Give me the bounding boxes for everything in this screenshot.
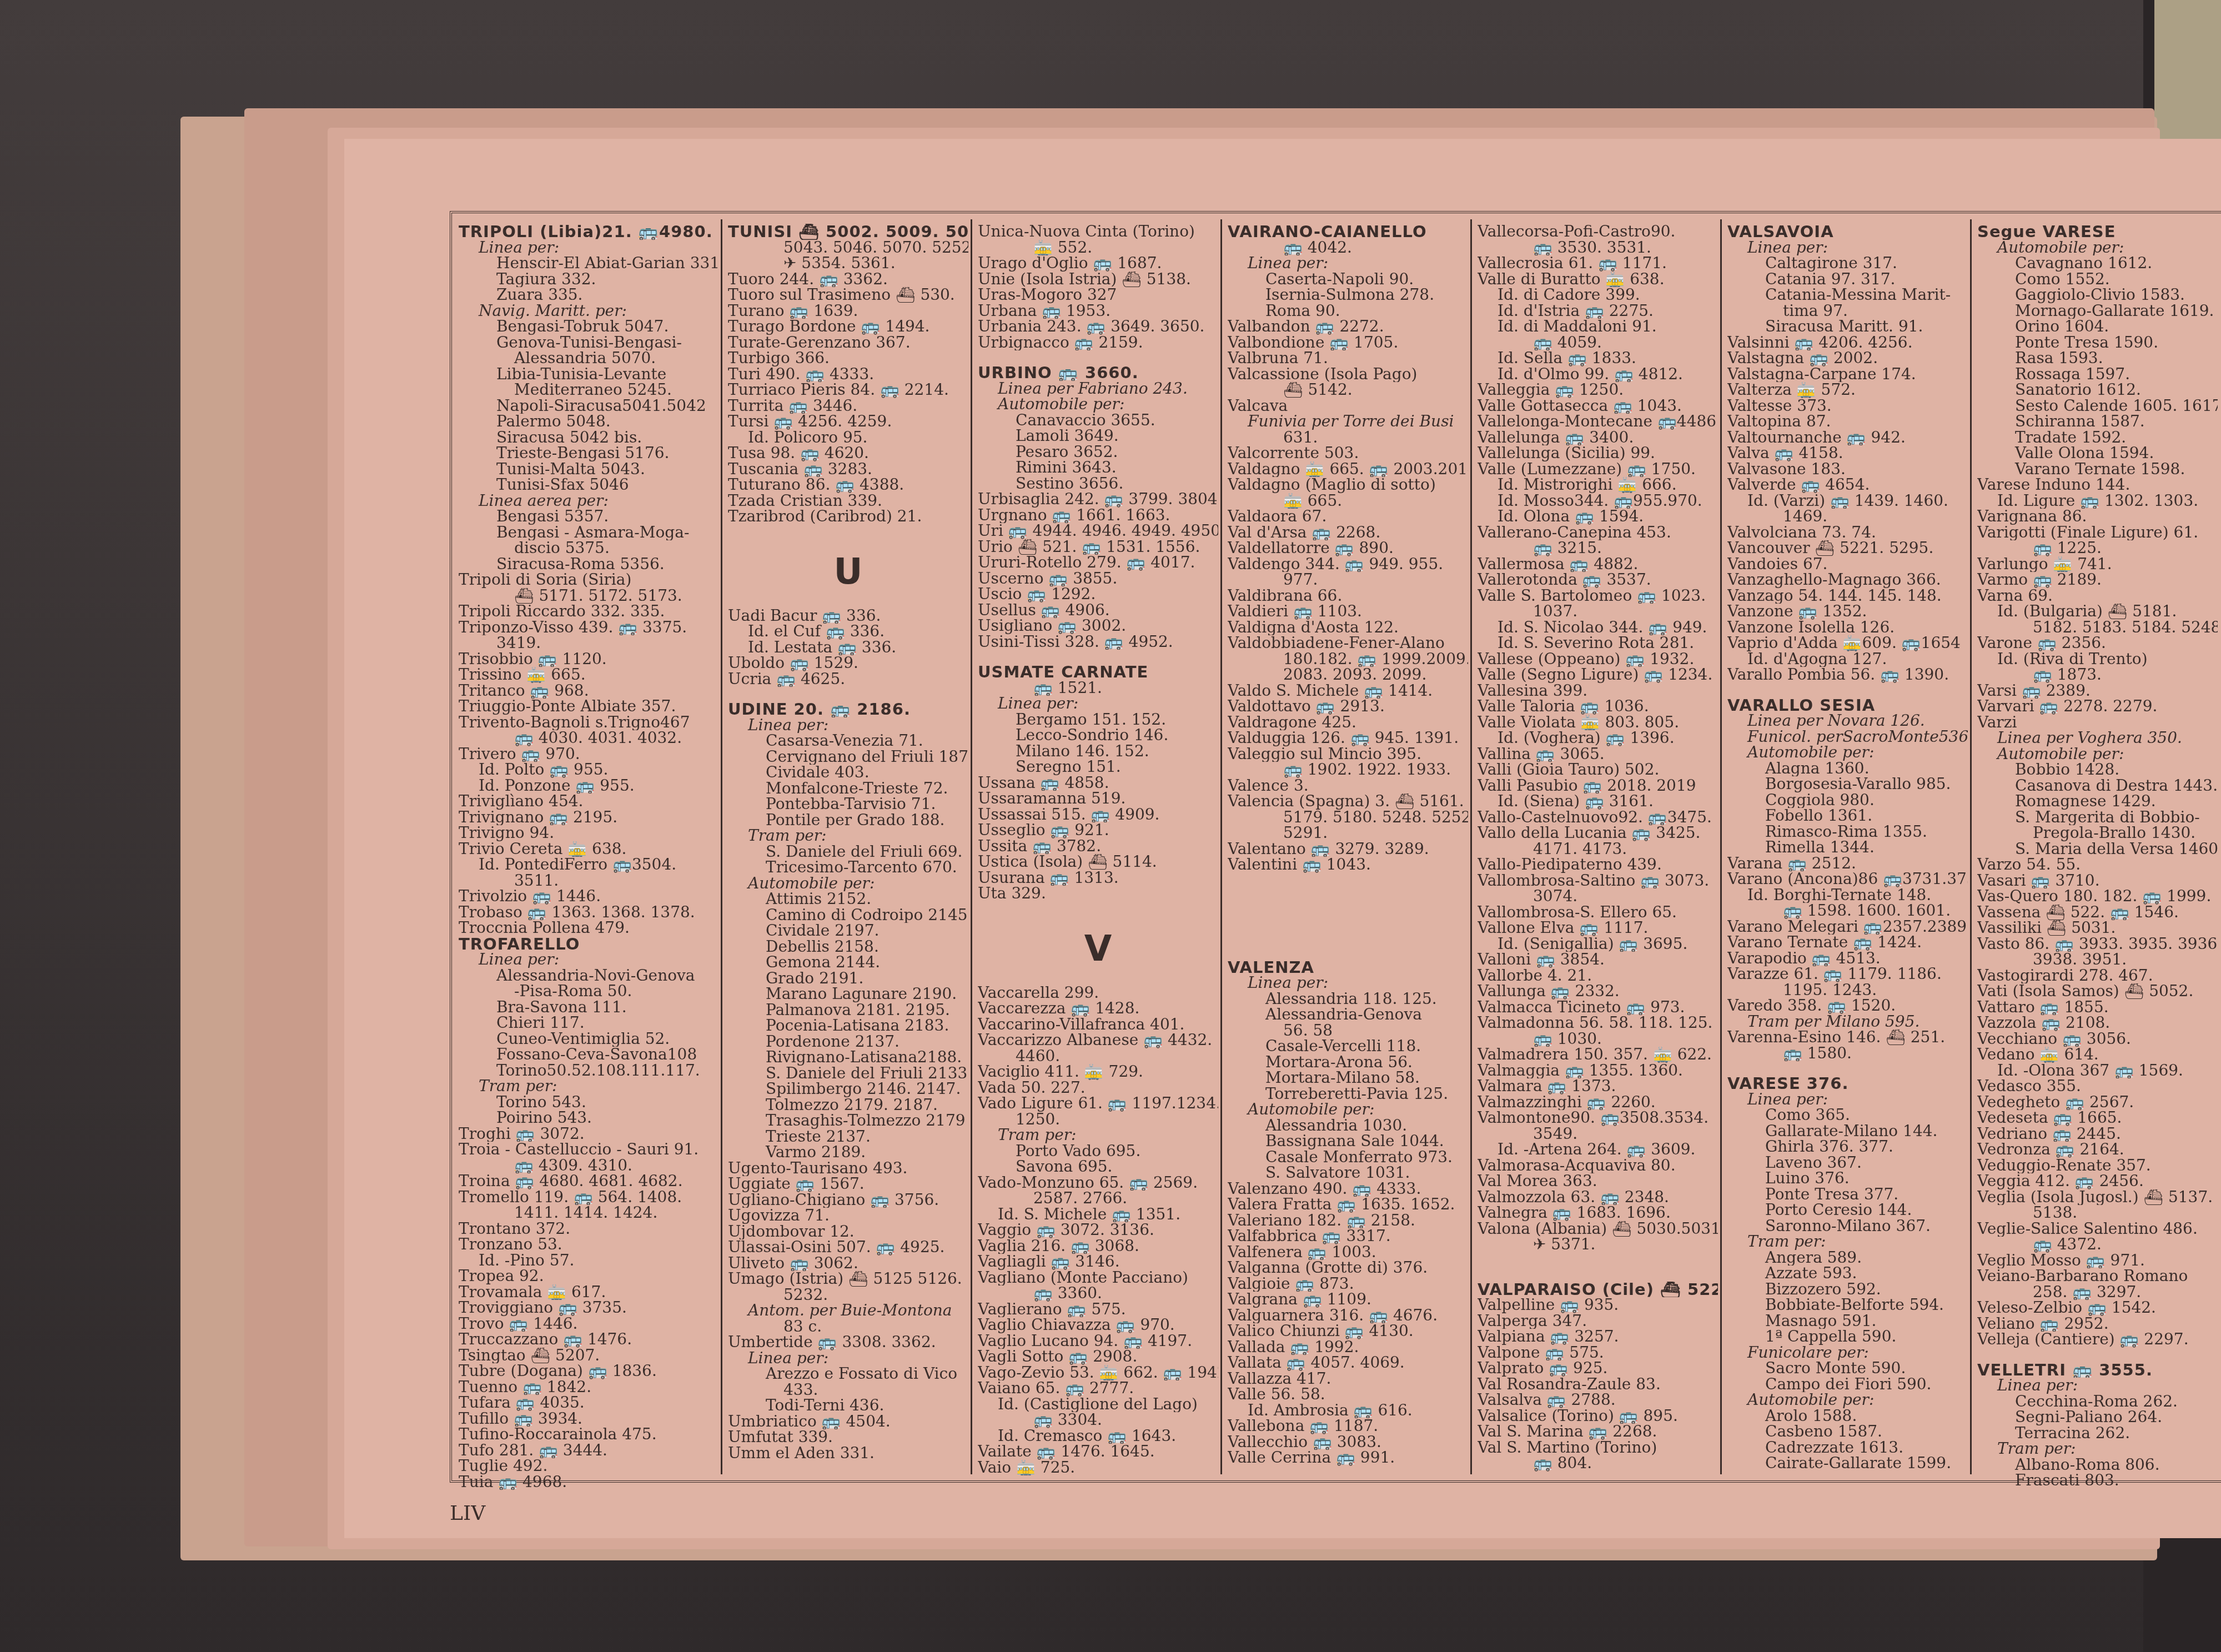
index-entry: Vedronza 🚌 2164. (1977, 1142, 2218, 1158)
index-entry: Usini-Tissi 328. 🚌 4952. (978, 634, 1218, 650)
continuation-line: 🚌 4042. (1228, 240, 1468, 256)
index-entry: Ugovizza 71. (728, 1208, 968, 1224)
transport-subheading: Linea per: (459, 952, 719, 968)
index-entry: Valdagno 🚋 665. 🚌 2003.2014 (1228, 461, 1468, 478)
continuation-line: 1037. (1478, 604, 1718, 620)
index-entry: Valstagna 🚌 2002. (1727, 350, 1968, 366)
transport-subheading: Automobile per: (1727, 745, 1968, 761)
index-entry: Tusa 98. 🚌 4620. (728, 445, 968, 461)
index-entry: Vallermosa 🚌 4882. (1478, 556, 1718, 573)
destination-entry: Genova-Tunisi-Bengasi- (459, 335, 719, 351)
continuation-line: 977. (1228, 572, 1468, 588)
index-entry: Tripoli Riccardo 332. 335. (459, 604, 719, 620)
index-entry: Varigotti (Finale Ligure) 61. (1977, 525, 2218, 541)
destination-entry: Arolo 1588. (1727, 1408, 1968, 1424)
destination-entry: Marano Lagunare 2190. (728, 986, 968, 1002)
sub-entry: Id. PontediFerro 🚌3504. (459, 857, 719, 873)
index-entry: Uta 329. (978, 886, 1218, 902)
destination-entry: Borgosesia-Varallo 985. (1727, 776, 1968, 792)
index-entry: Trivio Cereta 🚋 638. (459, 841, 719, 857)
index-entry: Valmacca Ticineto 🚌 973. (1478, 1000, 1718, 1016)
index-entry: Varna 69. (1977, 588, 2218, 604)
index-entry: Urbania 243. 🚌 3649. 3650. (978, 319, 1218, 335)
index-entry: Varvari 🚌 2278. 2279. (1977, 699, 2218, 715)
index-entry: Troviggiano 🚌 3735. (459, 1300, 719, 1316)
continuation-line: 3938. 3951. (1977, 952, 2218, 968)
destination-entry: Palermo 5048. (459, 414, 719, 430)
index-entry: Valnegra 🚌 1683. 1696. (1478, 1205, 1718, 1221)
index-entry: Valdigna d'Aosta 122. (1228, 620, 1468, 636)
index-entry: Valva 🚌 4158. (1727, 445, 1968, 461)
index-entry: Vaglio Chiavazza 🚌 970. (978, 1317, 1218, 1333)
destination-entry: 1250. (978, 1112, 1218, 1128)
index-entry: Turrita 🚌 3446. (728, 398, 968, 414)
spacer (1228, 916, 1468, 931)
column-4: VAIRANO-CAIANELLO🚌 4042.Linea per:Casert… (1220, 219, 1471, 1474)
index-entry: Turbigo 366. (728, 350, 968, 366)
destination-entry: Palmanova 2181. 2195. (728, 1002, 968, 1018)
sub-entry: Id. Mistrorighi 🚋 666. (1478, 477, 1718, 493)
index-entry: Tromello 119. 🚌 564. 1408. (459, 1189, 719, 1206)
index-entry: Varana 🚌 2512. (1727, 856, 1968, 872)
destination-entry: Rivignano-Latisana2188. (728, 1050, 968, 1066)
destination-entry: Cairate-Gallarate 1599. (1727, 1455, 1968, 1472)
transport-subheading: Tram per: (1727, 1234, 1968, 1250)
destination-entry: Caserta-Napoli 90. (1228, 272, 1468, 288)
destination-entry: Cervignano del Friuli 187. (728, 749, 968, 765)
continuation-line: 433. (728, 1382, 968, 1398)
destination-entry: Catania-Messina Marit- (1727, 287, 1968, 303)
destination-entry: Libia-Tunisia-Levante (459, 366, 719, 383)
index-entry: Vassena ⛴ 522. 🚌 1546. (1977, 905, 2218, 921)
destination-entry: Bergamo 151. 152. (978, 712, 1218, 728)
index-entry: Tuglie 492. (459, 1458, 719, 1474)
index-entry: Vaglio Lucano 94. 🚌 4197. (978, 1333, 1218, 1349)
destination-entry: Tolmezzo 2179. 2187. (728, 1097, 968, 1113)
index-entry: Veiano-Barbarano Romano (1977, 1268, 2218, 1284)
index-entry: Valloni 🚌 3854. (1478, 952, 1718, 968)
index-entry: Usurana 🚌 1313. (978, 870, 1218, 886)
page-number: LIV (450, 1502, 485, 1525)
index-entry: Vedeseta 🚌 1665. (1977, 1110, 2218, 1126)
destination-entry: Spilimbergo 2146. 2147. (728, 1081, 968, 1097)
index-entry: Turriaco Pieris 84. 🚌 2214. (728, 382, 968, 398)
destination-entry: Cecchina-Roma 262. (1977, 1394, 2218, 1410)
transport-subheading: Automobile per: (1977, 240, 2218, 256)
destination-entry: Angera 589. (1727, 1250, 1968, 1266)
index-entry: Valle Taloria 🚌 1036. (1478, 699, 1718, 715)
index-entry: Truccazzano 🚌 1476. (459, 1332, 719, 1348)
destination-entry: Tunisi-Sfax 5046 (459, 477, 719, 493)
sub-entry: Id. (Senigallia) 🚌 3695. (1478, 936, 1718, 952)
index-entry: Vaiano 65. 🚌 2777. (978, 1380, 1218, 1397)
section-heading: VELLETRI 🚌 3555. (1977, 1362, 2218, 1378)
index-entry: Tuoro sul Trasimeno ⛴ 530. (728, 287, 968, 303)
index-entry: Valpelline 🚌 935. (1478, 1297, 1718, 1313)
destination-entry: S. Daniele del Friuli 2133. (728, 1066, 968, 1082)
destination-entry: Cividale 2197. (728, 923, 968, 939)
index-entry: Valsalice (Torino) 🚌 895. (1478, 1408, 1718, 1424)
index-entry: Valentini 🚌 1043. (1228, 857, 1468, 873)
index-entry: Vallerotonda 🚌 3537. (1478, 572, 1718, 588)
sub-entry: Id. -Olona 367 🚌 1569. (1977, 1063, 2218, 1079)
index-entry: Ussassai 515. 🚌 4909. (978, 807, 1218, 823)
destination-entry: Rasa 1593. (1977, 350, 2218, 366)
index-entry: Valganna (Grotte di) 376. (1228, 1260, 1468, 1276)
index-entry: Troina 🚌 4680. 4681. 4682. (459, 1173, 719, 1189)
transport-subheading: Funivia per Torre dei Busi (1228, 414, 1468, 430)
continuation-line: 🚌 3530. 3531. (1478, 240, 1718, 256)
continuation-line: 2587. 2766. (978, 1191, 1218, 1207)
index-entry: Tsingtao ⛴ 5207. (459, 1348, 719, 1364)
index-entry: Vallecrosia 61. 🚌 1171. (1478, 255, 1718, 272)
destination-entry: Bobbio 1428. (1977, 762, 2218, 778)
index-entry: Unie (Isola Istria) ⛴ 5138. (978, 272, 1218, 288)
index-entry: Vallombrosa-S. Ellero 65. (1478, 905, 1718, 921)
sub-entry: Id. (Varzi) 🚌 1439. 1460. (1727, 493, 1968, 509)
continuation-line: 🚋 665. (1228, 493, 1468, 509)
index-entry: Vado Ligure 61. 🚌 1197.1234. (978, 1096, 1218, 1112)
index-entry: Vallorbe 4. 21. (1478, 968, 1718, 984)
index-entry: Veleso-Zelbio 🚌 1542. (1977, 1300, 2218, 1316)
destination-entry: Gaggiolo-Clivio 1583. (1977, 287, 2218, 303)
destination-entry: Albano-Roma 806. (1977, 1457, 2218, 1473)
index-entry: Valdragone 425. (1228, 715, 1468, 731)
destination-entry: Luino 376. (1727, 1171, 1968, 1187)
index-entry: Ussana 🚌 4858. (978, 775, 1218, 791)
index-entry: Vailate 🚌 1476. 1645. (978, 1444, 1218, 1460)
index-entry: Valdo S. Michele 🚌 1414. (1228, 683, 1468, 699)
index-entry: Val Morea 363. (1478, 1173, 1718, 1189)
index-entry: Valduggia 126. 🚌 945. 1391. (1228, 730, 1468, 746)
destination-entry: Milano 146. 152. (978, 744, 1218, 760)
index-entry: Vas-Quero 180. 182. 🚌 1999. (1977, 888, 2218, 905)
index-entry: Turi 490. 🚌 4333. (728, 366, 968, 383)
transport-subheading: Funicolare per: (1727, 1345, 1968, 1361)
spacer (978, 350, 1218, 365)
destination-entry: Tunisi-Malta 5043. (459, 461, 719, 478)
index-entry: Valfenera 🚌 1003. (1228, 1244, 1468, 1261)
index-entry: Vallada 🚌 1992. (1228, 1339, 1468, 1355)
transport-subheading: Tram per: (978, 1127, 1218, 1143)
index-entry: Vallone Elva 🚌 1117. (1478, 920, 1718, 936)
destination-entry: Tricesimo-Tarcento 670. (728, 860, 968, 876)
index-entry: Vallina 🚌 3065. (1478, 746, 1718, 762)
destination-entry: Porto Ceresio 144. (1727, 1202, 1968, 1218)
continuation-line: 🚌 1521. (978, 680, 1218, 696)
sub-entry: Id. S. Severino Rota 281. (1478, 635, 1718, 651)
index-entry: Vancouver ⛴ 5221. 5295. (1727, 540, 1968, 556)
index-entry: Vaio 🚋 725. (978, 1460, 1218, 1476)
index-entry: Varmo 🚌 2189. (1977, 572, 2218, 588)
destination-entry: Pontebba-Tarvisio 71. (728, 796, 968, 812)
index-entry: Tuoro 244. 🚌 3362. (728, 272, 968, 288)
destination-entry: Gemona 2144. (728, 955, 968, 971)
index-entry: Trivigno 94. (459, 825, 719, 841)
index-entry: Valtopina 87. (1727, 414, 1968, 430)
continuation-line: 3074. (1478, 888, 1718, 905)
index-entry: Ulassai-Osini 507. 🚌 4925. (728, 1239, 968, 1256)
index-entry: Valona (Albania) ⛴ 5030.5031. (1478, 1221, 1718, 1237)
destination-entry: Tradate 1592. (1977, 430, 2218, 446)
destination-entry: Alessandria 118. 125. (1228, 991, 1468, 1007)
destination-entry: Cavagnano 1612. (1977, 255, 2218, 272)
index-entry: Varazze 61. 🚌 1179. 1186. (1727, 966, 1968, 982)
index-entry: Vallesina 399. (1478, 683, 1718, 699)
index-entry: Varano (Ancona)86 🚌3731.3734 (1727, 871, 1968, 887)
sub-entry: Id. Lestata 🚌 336. (728, 640, 968, 656)
destination-entry: Segni-Paliano 264. (1977, 1409, 2218, 1425)
index-entry: Vaggio 🚌 3072. 3136. (978, 1222, 1218, 1238)
index-entry: Valdengo 344. 🚌 949. 955. (1228, 556, 1468, 573)
sub-entry: Id. Mosso344. 🚌955.970. (1478, 493, 1718, 509)
section-heading: VARESE 376. (1727, 1076, 1968, 1092)
destination-entry: Chieri 117. (459, 1015, 719, 1031)
index-entry: Turano 🚌 1639. (728, 303, 968, 319)
column-3: Unica-Nuova Cinta (Torino)🚋 552.Urago d'… (971, 219, 1222, 1474)
sub-entry: Id. d'Olmo 99. 🚌 4812. (1478, 366, 1718, 383)
continuation-line: ✈ 5354. 5361. (728, 255, 968, 272)
transport-subheading: Linea per Fabriano 243. (978, 381, 1218, 397)
continuation-line: 1469. (1727, 509, 1968, 525)
index-entry: Unica-Nuova Cinta (Torino) (978, 224, 1218, 240)
section-heading: TROFARELLO (459, 936, 719, 952)
destination-entry: Azzate 593. (1727, 1266, 1968, 1282)
transport-subheading: Tram per: (459, 1078, 719, 1094)
index-entry: Vanzone Isolella 126. (1727, 620, 1968, 636)
index-entry: Vassiliki ⛴ 5031. (1977, 920, 2218, 936)
index-entry: Ussita 🚌 3782. (978, 838, 1218, 855)
index-entry: Tubre (Dogana) 🚌 1836. (459, 1363, 719, 1379)
index-entry: Ustica (Isola) ⛴ 5114. (978, 854, 1218, 870)
continuation-line: 56. 58 (1228, 1023, 1468, 1039)
index-entry: Uadi Bacur 🚌 336. (728, 608, 968, 624)
destination-entry: Como 365. (1727, 1107, 1968, 1123)
destination-entry: Pesaro 3652. (978, 444, 1218, 460)
destination-entry: Monfalcone-Trieste 72. (728, 781, 968, 797)
destination-entry: Trieste 2137. (728, 1129, 968, 1145)
sub-entry: Id. S. Nicolao 344. 🚌 949. (1478, 620, 1718, 636)
spacer (978, 650, 1218, 664)
index-entry: Veggia 412. 🚌 2456. (1977, 1173, 2218, 1189)
destination-entry: Rimella 1344. (1727, 840, 1968, 856)
index-entry: Veglie-Salice Salentino 486. (1977, 1221, 2218, 1237)
continuation-line: 631. (1228, 430, 1468, 446)
destination-entry: Torino50.52.108.111.117. (459, 1063, 719, 1079)
transport-subheading: Funicol. perSacroMonte536 (1727, 729, 1968, 745)
index-entry: Ussaramanna 519. (978, 791, 1218, 807)
index-entry: Vagliano (Monte Pacciano) (978, 1270, 1218, 1286)
index-entry: Vaccarino-Villafranca 401. (978, 1017, 1218, 1033)
index-entry: Val Rosandra-Zaule 83. (1478, 1377, 1718, 1393)
destination-entry: Tagiura 332. (459, 272, 719, 288)
index-entry: Troghi 🚌 3072. (459, 1126, 719, 1142)
destination-entry: Bengasi - Asmara-Moga- (459, 525, 719, 541)
index-entry: Urbana 🚌 1953. (978, 303, 1218, 319)
index-entry: Vagliagli 🚌 3146. (978, 1254, 1218, 1270)
continuation-line: Alessandria 5070. (459, 350, 719, 366)
index-entry: Valencia (Spagna) 3. ⛴ 5161. (1228, 794, 1468, 810)
continuation-line: discio 5375. (459, 540, 719, 556)
index-entry: Tuia 🚌 4968. (459, 1474, 719, 1490)
index-entry: Vallata 🚌 4057. 4069. (1228, 1355, 1468, 1371)
index-entry: Ugento-Taurisano 493. (728, 1161, 968, 1177)
destination-entry: Seregno 151. (978, 759, 1218, 775)
index-entry: Veliano 🚌 2952. (1977, 1316, 2218, 1332)
index-entry: Valpone 🚌 575. (1478, 1345, 1718, 1361)
section-heading: UDINE 20. 🚌 2186. (728, 701, 968, 717)
index-entry: Valcassione (Isola Pago) (1228, 366, 1468, 383)
index-entry: Vallecchio 🚌 3083. (1228, 1434, 1468, 1450)
spacer (1228, 931, 1468, 945)
continuation-line: 83 c. (728, 1319, 968, 1335)
destination-entry: Frascati 803. (1977, 1473, 2218, 1489)
index-entry: Valverde 🚌 4654. (1727, 477, 1968, 493)
index-entry: Valle 56. 58. (1228, 1387, 1468, 1403)
index-entry: Valdottavo 🚌 2913. (1228, 699, 1468, 715)
destination-entry: Pocenia-Latisana 2183. (728, 1018, 968, 1034)
section-heading: TUNISI ⛴ 5002. 5009. 5010 (728, 224, 968, 240)
index-entry: Tuenno 🚌 1842. (459, 1379, 719, 1395)
column-1: TRIPOLI (Libia)21. 🚌4980.Linea per:Hensc… (453, 219, 722, 1474)
index-entry: Valmaggia 🚌 1355. 1360. (1478, 1063, 1718, 1079)
index-entry: Umbertide 🚌 3308. 3362. (728, 1334, 968, 1350)
destination-entry: Sanatorio 1612. (1977, 382, 2218, 398)
index-entry: Triuggio-Ponte Albiate 357. (459, 699, 719, 715)
index-entry: Vanzago 54. 144. 145. 148. (1727, 588, 1968, 604)
index-entry: Valence 3. (1228, 778, 1468, 794)
index-entry: Valli (Gioia Tauro) 502. (1478, 762, 1718, 778)
destination-entry: Alessandria-Genova (1228, 1007, 1468, 1023)
sub-entry: Id. (Siena) 🚌 3161. (1478, 794, 1718, 810)
continuation-line: 🚌 3304. (978, 1412, 1218, 1428)
index-entry: Valtesse 373. (1727, 398, 1968, 414)
destination-entry: Rimasco-Rima 1355. (1727, 824, 1968, 840)
index-entry: Umfutat 339. (728, 1429, 968, 1445)
destination-entry: Sacro Monte 590. (1727, 1360, 1968, 1377)
index-entry: Ucria 🚌 4625. (728, 671, 968, 687)
destination-entry: Casbeno 1587. (1727, 1424, 1968, 1440)
continuation-line: 🚌 1598. 1600. 1601. (1727, 903, 1968, 919)
continuation-line: Mediterraneo 5245. (459, 382, 719, 398)
index-entry: Urio ⛴ 521. 🚌 1531. 1556. (978, 539, 1218, 555)
transport-subheading: Linea per: (1228, 255, 1468, 272)
destination-entry: Sestino 3656. (978, 476, 1218, 492)
index-entry: Usigliano 🚌 3002. (978, 618, 1218, 634)
sub-entry: Id. Cremasco 🚌 1643. (978, 1428, 1218, 1444)
column-5: Vallecorsa-Pofi-Castro90.🚌 3530. 3531.Va… (1470, 219, 1721, 1474)
destination-entry: Zuara 335. (459, 287, 719, 303)
destination-entry: Cividale 403. (728, 765, 968, 781)
destination-entry: 1ª Cappella 590. (1727, 1329, 1968, 1345)
index-entry: Vasto 86. 🚌 3933. 3935. 3936. (1977, 936, 2218, 952)
destination-entry: Terracina 262. (1977, 1425, 2218, 1442)
index-entry: Urbisaglia 242. 🚌 3799. 3804. (978, 491, 1218, 508)
transport-subheading: Automobile per: (728, 876, 968, 892)
continuation-line: 5138. (1977, 1205, 2218, 1221)
continuation-line: 5182. 5183. 5184. 5248. (1977, 620, 2218, 636)
continuation-line: 3549. (1478, 1126, 1718, 1142)
index-entry: Vallelunga (Sicilia) 99. (1478, 445, 1718, 461)
index-entry: Vallunga 🚌 2332. (1478, 983, 1718, 1000)
index-entry: Varzi (1977, 715, 2218, 731)
spacer (1478, 1253, 1718, 1267)
sub-entry: Id. d'Agogna 127. (1727, 651, 1968, 667)
transport-subheading: Antom. per Buie-Montona (728, 1303, 968, 1319)
continuation-line: 5291. (1228, 825, 1468, 841)
destination-entry: Cuneo-Ventimiglia 52. (459, 1031, 719, 1047)
index-entry: Uggiate 🚌 1567. (728, 1176, 968, 1192)
index-entry: Valentano 🚌 3279. 3289. (1228, 841, 1468, 857)
destination-entry: Casale Monferrato 973. (1228, 1149, 1468, 1166)
destination-entry: Trasaghis-Tolmezzo 2179 (728, 1113, 968, 1129)
sub-entry: Id. (Riva di Trento) (1977, 651, 2218, 667)
destination-entry: Canavaccio 3655. (978, 413, 1218, 429)
transport-subheading: Automobile per: (978, 396, 1218, 413)
section-heading: VALPARAISO (Cile) ⛴ 5226. (1478, 1282, 1718, 1298)
continuation-line: ⛴ 5142. (1228, 382, 1468, 398)
index-entry: Tripoli di Soria (Siria) (459, 572, 719, 588)
index-entry: Valsinni 🚌 4206. 4256. (1727, 335, 1968, 351)
continuation-line: 🚌 1580. (1727, 1046, 1968, 1062)
destination-entry: Debellis 2158. (728, 939, 968, 955)
destination-entry: Varmo 2189. (728, 1144, 968, 1161)
index-entry: Valle S. Bartolomeo 🚌 1023. (1478, 588, 1718, 604)
index-entry: Vallombrosa-Saltino 🚌 3073. (1478, 873, 1718, 889)
destination-entry: Orino 1604. (1977, 319, 2218, 335)
index-entry: Valle Cerrina 🚌 991. (1228, 1450, 1468, 1466)
index-entry: Varzo 54. 55. (1977, 857, 2218, 873)
index-entry: Valcorrente 503. (1228, 445, 1468, 461)
index-entry: Valbandon 🚌 2272. (1228, 319, 1468, 335)
index-entry: Vado-Monzuno 65. 🚌 2569. (978, 1175, 1218, 1191)
index-entry: Vandoies 67. (1727, 556, 1968, 573)
index-entry: Varano Ternate 🚌 1424. (1727, 935, 1968, 951)
index-entry: Varese Induno 144. (1977, 477, 2218, 493)
destination-entry: Torreberetti-Pavia 125. (1228, 1086, 1468, 1102)
index-entry: Trivignano 🚌 2195. (459, 810, 719, 826)
continuation-line: 🚌 4059. (1478, 335, 1718, 351)
index-entry: Valtournanche 🚌 942. (1727, 430, 1968, 446)
continuation-line: 🚌 1225. (1977, 540, 2218, 556)
index-entry: Tzaribrod (Caribrod) 21. (728, 509, 968, 525)
transport-subheading: Linea aerea per: (459, 493, 719, 509)
destination-entry: Bizzozero 592. (1727, 1282, 1968, 1298)
index-entry: Vallelonga-Montecane 🚌4486 (1478, 414, 1718, 430)
spacer (1228, 945, 1468, 960)
destination-entry: Torino 543. (459, 1094, 719, 1111)
index-entry: Valmadrera 150. 357. 🚋 622. (1478, 1047, 1718, 1063)
destination-entry: Porto Vado 695. (978, 1143, 1218, 1159)
destination-entry: Arezzo e Fossato di Vico (728, 1366, 968, 1382)
destination-entry: Ponte Tresa 377. (1727, 1187, 1968, 1203)
index-entry: Varsi 🚌 2389. (1977, 683, 2218, 699)
index-entry: Valmazzinghi 🚌 2260. (1478, 1094, 1718, 1111)
index-entry: Valleggia 🚌 1250. (1478, 382, 1718, 398)
index-entry: Velleja (Cantiere) 🚌 2297. (1977, 1332, 2218, 1348)
section-heading: USMATE CARNATE (978, 664, 1218, 680)
index-entry: Valdellatorre 🚌 890. (1228, 540, 1468, 556)
transport-subheading: Linea per: (978, 696, 1218, 712)
transport-subheading: Linea per: (459, 240, 719, 256)
index-entry: Valbondione 🚌 1705. (1228, 335, 1468, 351)
sub-entry: Id. el Cuf 🚌 336. (728, 624, 968, 640)
index-entry: Valle di Buratto 🚋 638. (1478, 272, 1718, 288)
sub-entry: Id. Ambrosia 🚌 616. (1228, 1403, 1468, 1419)
index-entry: Valperga 347. (1478, 1313, 1718, 1329)
index-entry: Valeggio sul Mincio 395. (1228, 746, 1468, 762)
index-entry: Valmara 🚌 1373. (1478, 1078, 1718, 1094)
